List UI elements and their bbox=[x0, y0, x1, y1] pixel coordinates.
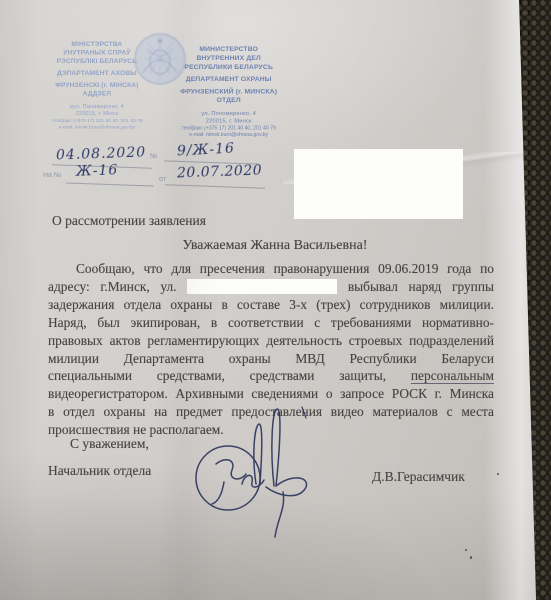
body-line: задержания отдела охраны в составе 3-х (… bbox=[48, 296, 494, 314]
body-line: милиции Департамента охраны МВД Республи… bbox=[48, 350, 494, 368]
letterhead-address-line: 220015, г. Минск bbox=[177, 117, 280, 125]
letterhead-right-russian: МИНИСТЕРСТВО ВНУТРЕННИХ ДЕЛ РЕСПУБЛИКИ Б… bbox=[177, 45, 280, 138]
number-sign-label: № bbox=[150, 153, 158, 160]
incoming-number-handwritten: Ж-16 bbox=[76, 162, 119, 179]
body-line-with-pen-underline: специальными средствами, средствами защи… bbox=[48, 367, 494, 385]
body-text-segment: адресу: г.Минск, ул. bbox=[48, 279, 177, 294]
body-text-segment: специальными средствами, средствами защи… bbox=[48, 368, 386, 383]
from-label: от bbox=[159, 176, 166, 183]
body-line-with-redaction: адресу: г.Минск, ул. выбывал наряд групп… bbox=[48, 278, 494, 296]
letterhead-left-belarusian: МІНІСТЭРСТВА УНУТРАНЫХ СПРАЎ РЭСПУБЛІКІ … bbox=[50, 40, 144, 130]
signer-name: Д.В.Герасимчик bbox=[372, 469, 465, 485]
letterhead-address-line: 220015, г. Мінск bbox=[50, 110, 144, 117]
letterhead-email-line: e-mail: minsk.buro@ohrana.gov.by bbox=[50, 124, 144, 130]
signer-title: Начальник отдела bbox=[48, 463, 151, 479]
incoming-date-handwritten: 20.07.2020 bbox=[177, 163, 263, 182]
letter-salutation: Уважаемая Жанна Васильевна! bbox=[90, 238, 460, 254]
ruled-line bbox=[165, 184, 265, 188]
letterhead-line: ДЕПАРТАМЕНТ ОХРАНЫ bbox=[177, 75, 280, 84]
letterhead-line: РЭСПУБЛІКІ БЕЛАРУСЬ bbox=[50, 57, 144, 66]
letter-closing: С уважением, bbox=[70, 436, 149, 452]
body-text-segment: выбывал наряд группы bbox=[348, 279, 494, 294]
letterhead-line: УНУТРАНЫХ СПРАЎ bbox=[50, 49, 144, 58]
letterhead-line: ФРУНЗЕНСКИЙ (г. МИНСКА) bbox=[177, 87, 280, 96]
dust-speck bbox=[465, 549, 467, 551]
outgoing-number-handwritten: 9/Ж-16 bbox=[177, 140, 236, 159]
letterhead-line: ОТДЕЛ bbox=[177, 96, 280, 105]
letterhead-line: РЕСПУБЛИКИ БЕЛАРУСЬ bbox=[177, 63, 280, 72]
letterhead-email-line: e-mail: minsk.buro@ohrana.gov.by bbox=[177, 131, 280, 138]
handwritten-signature-icon bbox=[182, 398, 322, 538]
letterhead-phone-line: тел/факс (+375 17) 201 40 40, 201 40 79 bbox=[177, 125, 280, 132]
outgoing-date-handwritten: 04.08.2020 bbox=[56, 144, 147, 163]
redaction-box-street bbox=[187, 279, 337, 294]
letterhead-address-line: вул. Панамарэнкі, 4 bbox=[50, 103, 144, 110]
reply-to-label: На № bbox=[43, 172, 61, 179]
letterhead-address-line: ул. Пономаренко, 4 bbox=[177, 110, 280, 118]
ruled-line bbox=[66, 182, 154, 186]
body-line: Наряд, был экипирован, в соответствии с … bbox=[48, 314, 494, 332]
letterhead-line: АДДЗЕЛ bbox=[50, 90, 144, 99]
letterhead-line: МІНІСТЭРСТВА bbox=[50, 40, 144, 49]
dust-speck bbox=[469, 556, 472, 559]
letterhead-phone-line: тэл/факс (+375 17) 201 40 40, 201 40 79 bbox=[50, 117, 144, 123]
body-line: правовых актов регламентирующих деятельн… bbox=[48, 332, 494, 350]
pen-underlined-word: персональным bbox=[411, 368, 494, 383]
body-line: Сообщаю, что для пресечения правонарушен… bbox=[48, 260, 494, 278]
document-paper: МІНІСТЭРСТВА УНУТРАНЫХ СПРАЎ РЭСПУБЛІКІ … bbox=[0, 0, 551, 600]
letterhead-line: ДЭПАРТАМЕНТ АХОВЫ bbox=[50, 69, 144, 78]
letterhead-line: ФРУНЗЕНСКІ (г. МІНСКА) bbox=[50, 81, 144, 90]
dust-speck bbox=[497, 473, 499, 475]
redaction-box-addressee bbox=[294, 149, 463, 219]
letter-subject: О рассмотрении заявления bbox=[52, 213, 206, 229]
photo-carpet-background: МІНІСТЭРСТВА УНУТРАНЫХ СПРАЎ РЭСПУБЛІКІ … bbox=[0, 0, 551, 600]
letterhead-line: ВНУТРЕННИХ ДЕЛ bbox=[177, 54, 280, 63]
letterhead-line: МИНИСТЕРСТВО bbox=[177, 45, 280, 54]
